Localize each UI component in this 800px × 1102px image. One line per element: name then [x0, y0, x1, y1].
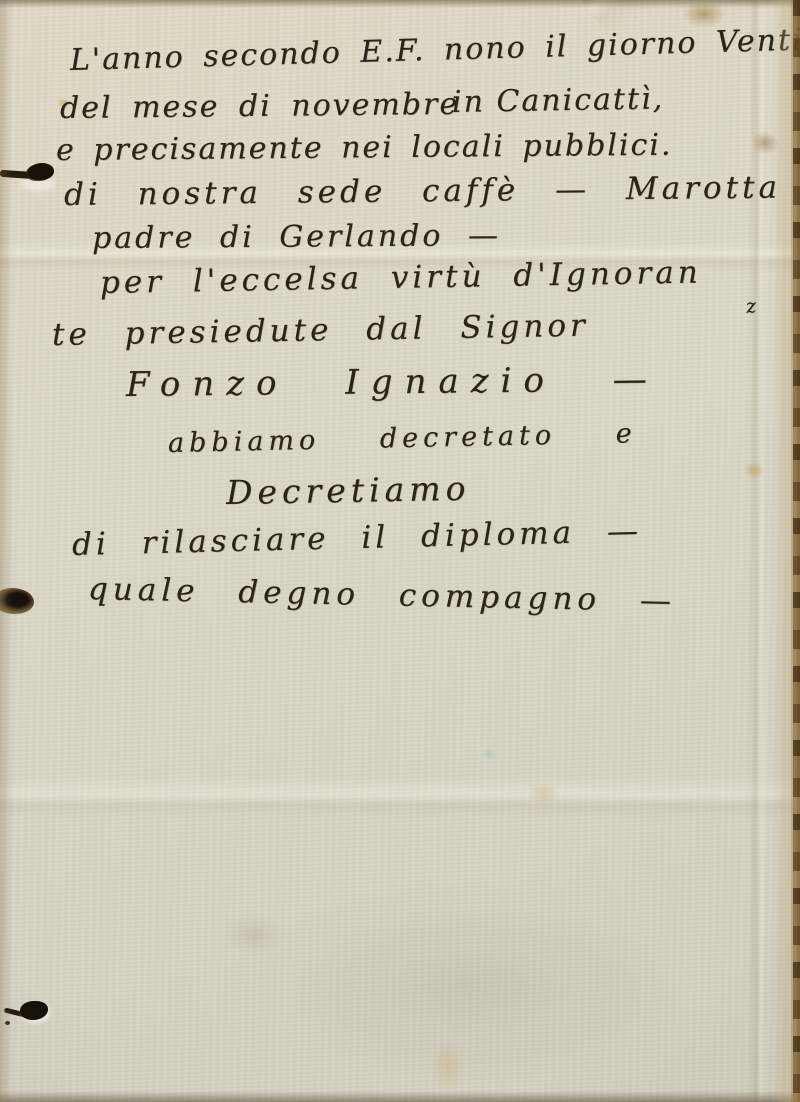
stain-bottom-center — [430, 1040, 466, 1092]
handwritten-line: te presiedute dal Signor — [52, 311, 589, 351]
binding-hole-top — [0, 156, 62, 198]
handwritten-line: abbiamo decretato e — [168, 420, 637, 457]
hole-blob — [20, 1001, 48, 1020]
binding-hole-middle — [0, 584, 38, 620]
handwritten-line: L'anno secondo E.F. nono il giorno Venti — [70, 26, 800, 76]
crease-horizontal-lower — [0, 778, 800, 818]
hole-speck — [5, 1021, 10, 1025]
handwritten-line: Decretiamo — [226, 472, 471, 509]
stain-bottom-left — [222, 915, 286, 955]
stain-right-edge-blotch — [752, 132, 778, 154]
stain-right-mid — [744, 462, 764, 478]
manuscript-page: L'anno secondo E.F. nono il giorno Venti… — [0, 0, 800, 1102]
handwritten-line: padre di Gerlando — — [92, 221, 501, 254]
page-edge-right — [772, 0, 800, 1102]
handwritten-line: per l'eccelsa virtù d'Ignoran — [100, 258, 702, 299]
handwritten-line: quale degno compagno — — [88, 574, 677, 617]
hole-blob — [0, 588, 34, 614]
hyphenation-mark: z — [745, 297, 757, 317]
handwritten-line: e precisamente nei locali pubblici. — [56, 131, 673, 166]
binding-hole-bottom — [4, 996, 58, 1030]
handwritten-line: di rilasciare il diploma — — [72, 516, 643, 561]
crease-vertical-right — [748, 0, 766, 1102]
soft-shadow-bottom — [240, 880, 700, 1090]
handwritten-line-name: Fonzo Ignazio — — [126, 362, 659, 402]
hole-blob — [28, 163, 54, 180]
page-edge-top — [0, 0, 800, 8]
handwritten-line: del mese di novembre — [60, 90, 459, 124]
stain-green-dot — [482, 748, 496, 760]
page-edge-bottom — [0, 1091, 800, 1102]
handwritten-line: in Canicattì, — [452, 84, 665, 118]
handwritten-line: di nostra sede caffè — Marotta — [64, 172, 781, 211]
stain-center — [528, 782, 558, 806]
stain-top-right-fold — [682, 0, 726, 28]
